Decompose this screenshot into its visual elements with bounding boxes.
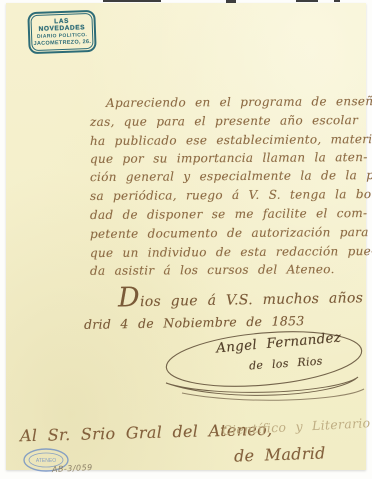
letter-body-line: ha publicado ese establecimiento, materi… [90, 132, 372, 148]
stamp-address: JACOMETREZO, 26. [33, 39, 91, 47]
letter-paper: LAS NOVEDADES DIARIO POLITICO. JACOMETRE… [6, 3, 366, 470]
letter-body-line: que por su importancia llaman la aten- [90, 150, 368, 166]
letter-body-line: da asistir á los cursos del Ateneo. [90, 262, 335, 278]
scan-edge-artifact [334, 0, 340, 2]
address-institution-faded: Científico y Literario [222, 415, 371, 438]
letter-body-line: sa periódica, ruego á V. S. tenga la bon… [90, 187, 372, 203]
letter-body-line: zas, que para el presente año escolar [90, 113, 358, 129]
letter-body-line: ción general y especialmente la de la pr… [90, 168, 372, 184]
scan-edge-artifact [296, 0, 318, 2]
scanned-letter-page: LAS NOVEDADES DIARIO POLITICO. JACOMETRE… [0, 0, 372, 479]
catalog-number-pencil-note: AB-3/059 [52, 463, 93, 474]
library-stamp-text: ATENEO [36, 458, 56, 464]
address-city: de Madrid [234, 443, 326, 465]
letter-body-line: dad de disponer se me facilite el com- [90, 206, 367, 222]
stamp-inner-border: LAS NOVEDADES DIARIO POLITICO. JACOMETRE… [30, 13, 93, 51]
scan-edge-artifact [103, 0, 161, 2]
stamp-newspaper-name: LAS NOVEDADES [32, 17, 92, 33]
letter-body-line: petente documento de autorización para [90, 225, 369, 241]
newspaper-office-stamp: LAS NOVEDADES DIARIO POLITICO. JACOMETRE… [27, 10, 96, 54]
letter-valediction: Dios gue á V.S. muchos años Ma- [118, 287, 372, 311]
letter-body-line: Apareciendo en el programa de enseñan- [90, 94, 372, 110]
letter-body-line: que un individuo de esta redacción pue- [90, 244, 372, 260]
